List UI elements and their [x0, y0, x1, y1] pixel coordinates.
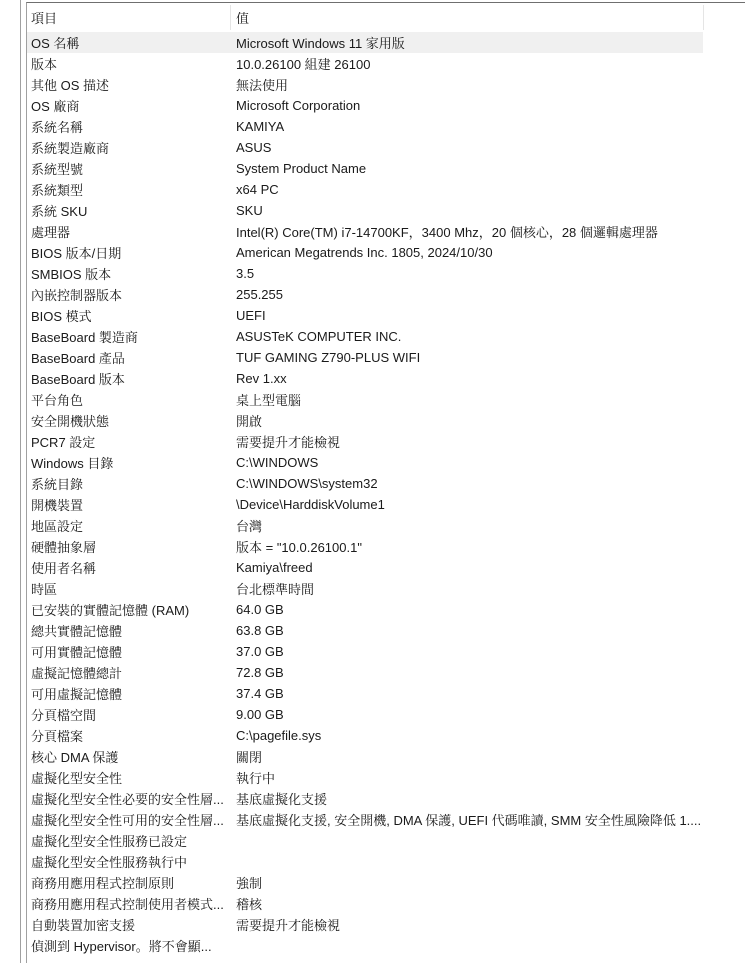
table-row[interactable]: 硬體抽象層版本 = "10.0.26100.1" [27, 536, 703, 557]
column-header-item[interactable]: 項目 [27, 8, 230, 27]
value-cell: Kamiya\freed [230, 560, 703, 575]
table-row[interactable]: 虛擬化型安全性服務執行中 [27, 851, 703, 872]
item-cell: 虛擬化型安全性必要的安全性層... [27, 789, 230, 808]
table-row[interactable]: Windows 目錄C:\WINDOWS [27, 452, 703, 473]
value-cell: 關閉 [230, 747, 703, 766]
value-cell: American Megatrends Inc. 1805, 2024/10/3… [230, 245, 703, 260]
item-cell: 已安裝的實體記憶體 (RAM) [27, 600, 230, 619]
item-cell: 時區 [27, 579, 230, 598]
item-cell: 虛擬記憶體總計 [27, 663, 230, 682]
value-cell: \Device\HarddiskVolume1 [230, 497, 703, 512]
value-cell: 台灣 [230, 516, 703, 535]
table-row[interactable]: 開機裝置\Device\HarddiskVolume1 [27, 494, 703, 515]
table-row[interactable]: 分頁檔空間9.00 GB [27, 704, 703, 725]
table-row[interactable]: BaseBoard 製造商ASUSTeK COMPUTER INC. [27, 326, 703, 347]
table-row[interactable]: 其他 OS 描述無法使用 [27, 74, 703, 95]
value-cell: x64 PC [230, 182, 703, 197]
value-cell: 桌上型電腦 [230, 390, 703, 409]
value-cell: 72.8 GB [230, 665, 703, 680]
table-row[interactable]: 系統製造廠商ASUS [27, 137, 703, 158]
table-row[interactable]: 總共實體記憶體63.8 GB [27, 620, 703, 641]
column-separator[interactable] [703, 5, 704, 30]
item-cell: 總共實體記憶體 [27, 621, 230, 640]
value-cell: 無法使用 [230, 75, 703, 94]
item-cell: 處理器 [27, 222, 230, 241]
item-cell: SMBIOS 版本 [27, 264, 230, 283]
table-row[interactable]: 時區台北標準時間 [27, 578, 703, 599]
table-row[interactable]: 已安裝的實體記憶體 (RAM)64.0 GB [27, 599, 703, 620]
value-cell: C:\WINDOWS [230, 455, 703, 470]
table-row[interactable]: PCR7 設定需要提升才能檢視 [27, 431, 703, 452]
table-row[interactable]: 虛擬化型安全性服務已設定 [27, 830, 703, 851]
system-information-window: 項目 值 OS 名稱Microsoft Windows 11 家用版版本10.0… [0, 0, 745, 963]
table-row[interactable]: 自動裝置加密支援需要提升才能檢視 [27, 914, 703, 935]
value-cell: System Product Name [230, 161, 703, 176]
item-cell: 核心 DMA 保護 [27, 747, 230, 766]
table-row[interactable]: OS 廠商Microsoft Corporation [27, 95, 703, 116]
item-cell: 其他 OS 描述 [27, 75, 230, 94]
item-cell: 系統 SKU [27, 201, 230, 220]
value-cell: KAMIYA [230, 119, 703, 134]
value-cell: 3.5 [230, 266, 703, 281]
value-cell: ASUSTeK COMPUTER INC. [230, 329, 703, 344]
table-row[interactable]: 安全開機狀態開啟 [27, 410, 703, 431]
table-row[interactable]: 虛擬化型安全性執行中 [27, 767, 703, 788]
item-cell: 虛擬化型安全性服務執行中 [27, 852, 230, 871]
value-cell: 37.4 GB [230, 686, 703, 701]
table-row[interactable]: 平台角色桌上型電腦 [27, 389, 703, 410]
value-cell: 稽核 [230, 894, 703, 913]
value-cell: C:\pagefile.sys [230, 728, 703, 743]
table-row[interactable]: 系統目錄C:\WINDOWS\system32 [27, 473, 703, 494]
value-cell: 基底虛擬化支援, 安全開機, DMA 保護, UEFI 代碼唯讀, SMM 安全… [230, 810, 703, 829]
item-cell: 虛擬化型安全性服務已設定 [27, 831, 230, 850]
table-row[interactable]: 系統類型x64 PC [27, 179, 703, 200]
table-row[interactable]: 地區設定台灣 [27, 515, 703, 536]
item-cell: 硬體抽象層 [27, 537, 230, 556]
item-cell: 地區設定 [27, 516, 230, 535]
value-cell: 台北標準時間 [230, 579, 703, 598]
table-row[interactable]: BaseBoard 產品TUF GAMING Z790-PLUS WIFI [27, 347, 703, 368]
item-cell: 分頁檔案 [27, 726, 230, 745]
item-cell: 系統名稱 [27, 117, 230, 136]
column-header-value[interactable]: 值 [230, 8, 703, 27]
table-row[interactable]: 版本10.0.26100 組建 26100 [27, 53, 703, 74]
item-cell: BaseBoard 製造商 [27, 327, 230, 346]
table-row[interactable]: BIOS 模式UEFI [27, 305, 703, 326]
item-cell: 開機裝置 [27, 495, 230, 514]
table-row[interactable]: 核心 DMA 保護關閉 [27, 746, 703, 767]
item-cell: 系統目錄 [27, 474, 230, 493]
item-cell: BaseBoard 產品 [27, 348, 230, 367]
item-cell: OS 名稱 [27, 33, 230, 52]
value-cell: 64.0 GB [230, 602, 703, 617]
value-cell: TUF GAMING Z790-PLUS WIFI [230, 350, 703, 365]
item-cell: 自動裝置加密支援 [27, 915, 230, 934]
table-row[interactable]: 系統型號System Product Name [27, 158, 703, 179]
item-cell: OS 廠商 [27, 96, 230, 115]
value-cell: ASUS [230, 140, 703, 155]
item-cell: 分頁檔空間 [27, 705, 230, 724]
item-cell: 偵測到 Hypervisor。將不會顯... [27, 936, 230, 955]
value-cell: 基底虛擬化支援 [230, 789, 703, 808]
item-cell: BaseBoard 版本 [27, 369, 230, 388]
item-cell: 平台角色 [27, 390, 230, 409]
value-cell: 63.8 GB [230, 623, 703, 638]
value-cell: Intel(R) Core(TM) i7-14700KF，3400 Mhz，20… [230, 222, 703, 241]
item-cell: Windows 目錄 [27, 453, 230, 472]
table-row[interactable]: 使用者名稱Kamiya\freed [27, 557, 703, 578]
table-row[interactable]: 虛擬化型安全性可用的安全性層...基底虛擬化支援, 安全開機, DMA 保護, … [27, 809, 703, 830]
item-cell: 商務用應用程式控制原則 [27, 873, 230, 892]
value-cell: 需要提升才能檢視 [230, 915, 703, 934]
item-cell: 可用虛擬記憶體 [27, 684, 230, 703]
value-cell: 255.255 [230, 287, 703, 302]
table-row[interactable]: 內嵌控制器版本255.255 [27, 284, 703, 305]
item-cell: 可用實體記憶體 [27, 642, 230, 661]
item-cell: 商務用應用程式控制使用者模式... [27, 894, 230, 913]
value-cell: SKU [230, 203, 703, 218]
value-cell: 執行中 [230, 768, 703, 787]
value-cell: 需要提升才能檢視 [230, 432, 703, 451]
value-cell: Microsoft Corporation [230, 98, 703, 113]
table-row[interactable]: 可用實體記憶體37.0 GB [27, 641, 703, 662]
item-cell: 使用者名稱 [27, 558, 230, 577]
item-cell: PCR7 設定 [27, 432, 230, 451]
table-row[interactable]: 偵測到 Hypervisor。將不會顯... [27, 935, 703, 956]
item-cell: BIOS 版本/日期 [27, 243, 230, 262]
value-cell: 版本 = "10.0.26100.1" [230, 537, 703, 556]
value-cell: 強制 [230, 873, 703, 892]
value-cell: Rev 1.xx [230, 371, 703, 386]
item-cell: 系統製造廠商 [27, 138, 230, 157]
item-cell: 內嵌控制器版本 [27, 285, 230, 304]
value-cell: 9.00 GB [230, 707, 703, 722]
item-cell: 安全開機狀態 [27, 411, 230, 430]
table-row[interactable]: 系統名稱KAMIYA [27, 116, 703, 137]
column-separator[interactable] [230, 5, 231, 30]
table-row[interactable]: 商務用應用程式控制使用者模式...稽核 [27, 893, 703, 914]
table-row[interactable]: 虛擬記憶體總計72.8 GB [27, 662, 703, 683]
value-cell: 10.0.26100 組建 26100 [230, 54, 703, 73]
table-header-row: 項目 值 [27, 3, 745, 32]
item-cell: 系統型號 [27, 159, 230, 178]
item-cell: 虛擬化型安全性可用的安全性層... [27, 810, 230, 829]
value-cell: 開啟 [230, 411, 703, 430]
item-cell: BIOS 模式 [27, 306, 230, 325]
item-cell: 版本 [27, 54, 230, 73]
table-row[interactable]: 商務用應用程式控制原則強制 [27, 872, 703, 893]
value-cell: UEFI [230, 308, 703, 323]
table-row[interactable]: 系統 SKUSKU [27, 200, 703, 221]
table-body: OS 名稱Microsoft Windows 11 家用版版本10.0.2610… [27, 32, 745, 956]
table-row[interactable]: OS 名稱Microsoft Windows 11 家用版 [27, 32, 703, 53]
system-summary-table: 項目 值 OS 名稱Microsoft Windows 11 家用版版本10.0… [26, 2, 745, 963]
item-cell: 系統類型 [27, 180, 230, 199]
table-row[interactable]: 分頁檔案C:\pagefile.sys [27, 725, 703, 746]
table-row[interactable]: 可用虛擬記憶體37.4 GB [27, 683, 703, 704]
navigation-tree-panel-edge [0, 0, 21, 963]
value-cell: Microsoft Windows 11 家用版 [230, 33, 703, 52]
value-cell: 37.0 GB [230, 644, 703, 659]
table-row[interactable]: BaseBoard 版本Rev 1.xx [27, 368, 703, 389]
item-cell: 虛擬化型安全性 [27, 768, 230, 787]
value-cell: C:\WINDOWS\system32 [230, 476, 703, 491]
table-row[interactable]: 虛擬化型安全性必要的安全性層...基底虛擬化支援 [27, 788, 703, 809]
table-row[interactable]: BIOS 版本/日期American Megatrends Inc. 1805,… [27, 242, 703, 263]
table-row[interactable]: 處理器Intel(R) Core(TM) i7-14700KF，3400 Mhz… [27, 221, 703, 242]
table-row[interactable]: SMBIOS 版本3.5 [27, 263, 703, 284]
